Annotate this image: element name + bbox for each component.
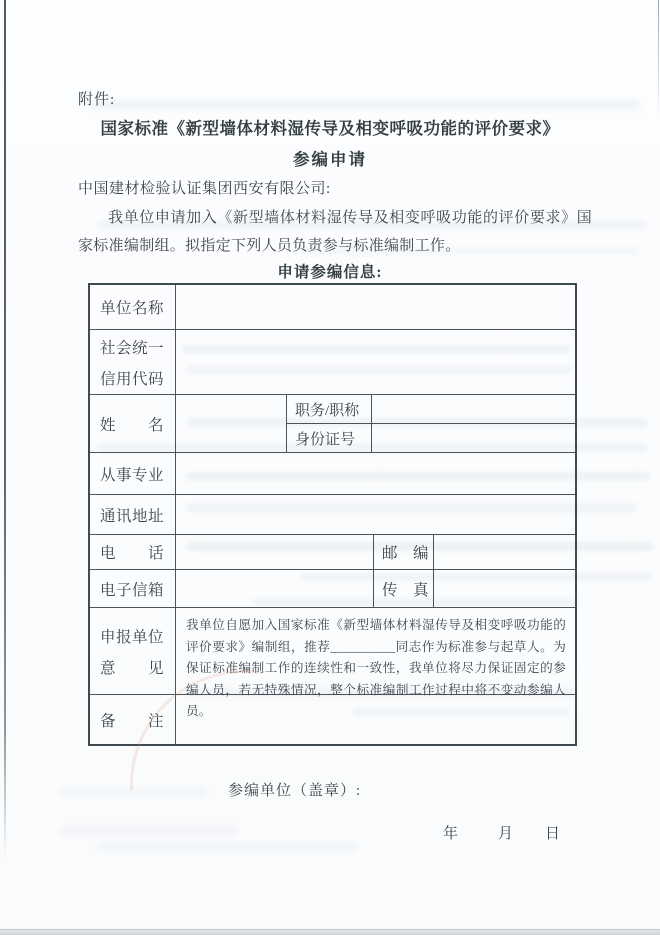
application-form-table: 单位名称 社会统一 信用代码 姓 名 职务/职称 身份证号 <box>88 283 577 746</box>
remarks-value <box>176 695 575 744</box>
remarks-label: 备 注 <box>90 695 176 744</box>
row-title: 职务/职称 <box>287 395 575 423</box>
fax-value <box>434 570 575 607</box>
email-label: 电子信箱 <box>90 570 176 607</box>
attachment-label: 附件: <box>78 88 115 109</box>
document-subtitle: 参编申请 <box>0 146 660 170</box>
scan-edge-right <box>658 0 659 120</box>
postcode-value <box>434 535 575 569</box>
row-credit-code: 社会统一 信用代码 <box>90 329 575 394</box>
date-month: 月 <box>498 822 513 843</box>
credit-code-label: 社会统一 信用代码 <box>90 330 176 394</box>
phone-value <box>176 535 374 569</box>
credit-code-value <box>176 330 575 394</box>
row-phone: 电 话 邮 编 <box>90 534 575 569</box>
credit-code-label-line2: 信用代码 <box>100 367 164 389</box>
name-sub-grid: 职务/职称 身份证号 <box>287 395 575 452</box>
row-remarks: 备 注 <box>90 694 575 744</box>
date-year: 年 <box>443 822 458 843</box>
bleed-through-artifact <box>60 788 208 796</box>
postcode-label: 邮 编 <box>374 535 434 569</box>
unit-opinion-label: 申报单位 意 见 <box>90 608 176 694</box>
row-unit-opinion: 申报单位 意 见 我单位自愿加入国家标准《新型墙体材料湿传导及相变呼吸功能的评价… <box>90 607 575 694</box>
fax-label: 传 真 <box>374 570 434 607</box>
unit-name-value <box>176 285 575 329</box>
id-number-value <box>372 424 575 452</box>
salutation-line: 中国建材检验认证集团西安有限公司: <box>78 177 331 198</box>
id-number-label: 身份证号 <box>287 424 372 452</box>
title-label: 职务/职称 <box>287 395 372 423</box>
unit-opinion-label-line2: 意 见 <box>100 656 164 678</box>
phone-label: 电 话 <box>90 535 176 569</box>
unit-name-label: 单位名称 <box>90 285 176 329</box>
bleed-through-artifact <box>60 826 238 835</box>
unit-opinion-text: 我单位自愿加入国家标准《新型墙体材料湿传导及相变呼吸功能的评价要求》编制组，推荐… <box>176 608 575 694</box>
unit-opinion-label-line1: 申报单位 <box>100 625 164 647</box>
row-profession: 从事专业 <box>90 452 575 494</box>
row-address: 通讯地址 <box>90 494 575 534</box>
address-label: 通讯地址 <box>90 495 176 534</box>
email-value <box>176 570 374 607</box>
profession-value <box>176 453 575 494</box>
intro-paragraph: 我单位申请加入《新型墙体材料湿传导及相变呼吸功能的评价要求》国家标准编制组。拟指… <box>78 204 592 260</box>
date-day: 日 <box>545 822 560 843</box>
bleed-through-artifact <box>92 100 640 110</box>
document-title: 国家标准《新型墙体材料湿传导及相变呼吸功能的评价要求》 <box>0 115 660 139</box>
table-heading: 申请参编信息: <box>0 260 660 282</box>
row-person-name: 姓 名 职务/职称 身份证号 <box>90 394 575 452</box>
profession-label: 从事专业 <box>90 453 176 494</box>
address-value <box>176 495 575 534</box>
scan-edge-bottom <box>0 929 660 935</box>
credit-code-label-line1: 社会统一 <box>100 336 164 358</box>
bleed-through-artifact <box>96 843 358 851</box>
row-email: 电子信箱 传 真 <box>90 569 575 607</box>
scan-edge-left <box>4 0 6 858</box>
person-name-value <box>176 395 287 452</box>
person-name-label: 姓 名 <box>90 395 176 452</box>
row-unit-name: 单位名称 <box>90 285 575 329</box>
row-id-number: 身份证号 <box>287 423 575 452</box>
seal-line: 参编单位（盖章）: <box>228 779 361 800</box>
title-value <box>372 395 575 423</box>
scanned-page: 附件: 国家标准《新型墙体材料湿传导及相变呼吸功能的评价要求》 参编申请 中国建… <box>0 0 660 935</box>
